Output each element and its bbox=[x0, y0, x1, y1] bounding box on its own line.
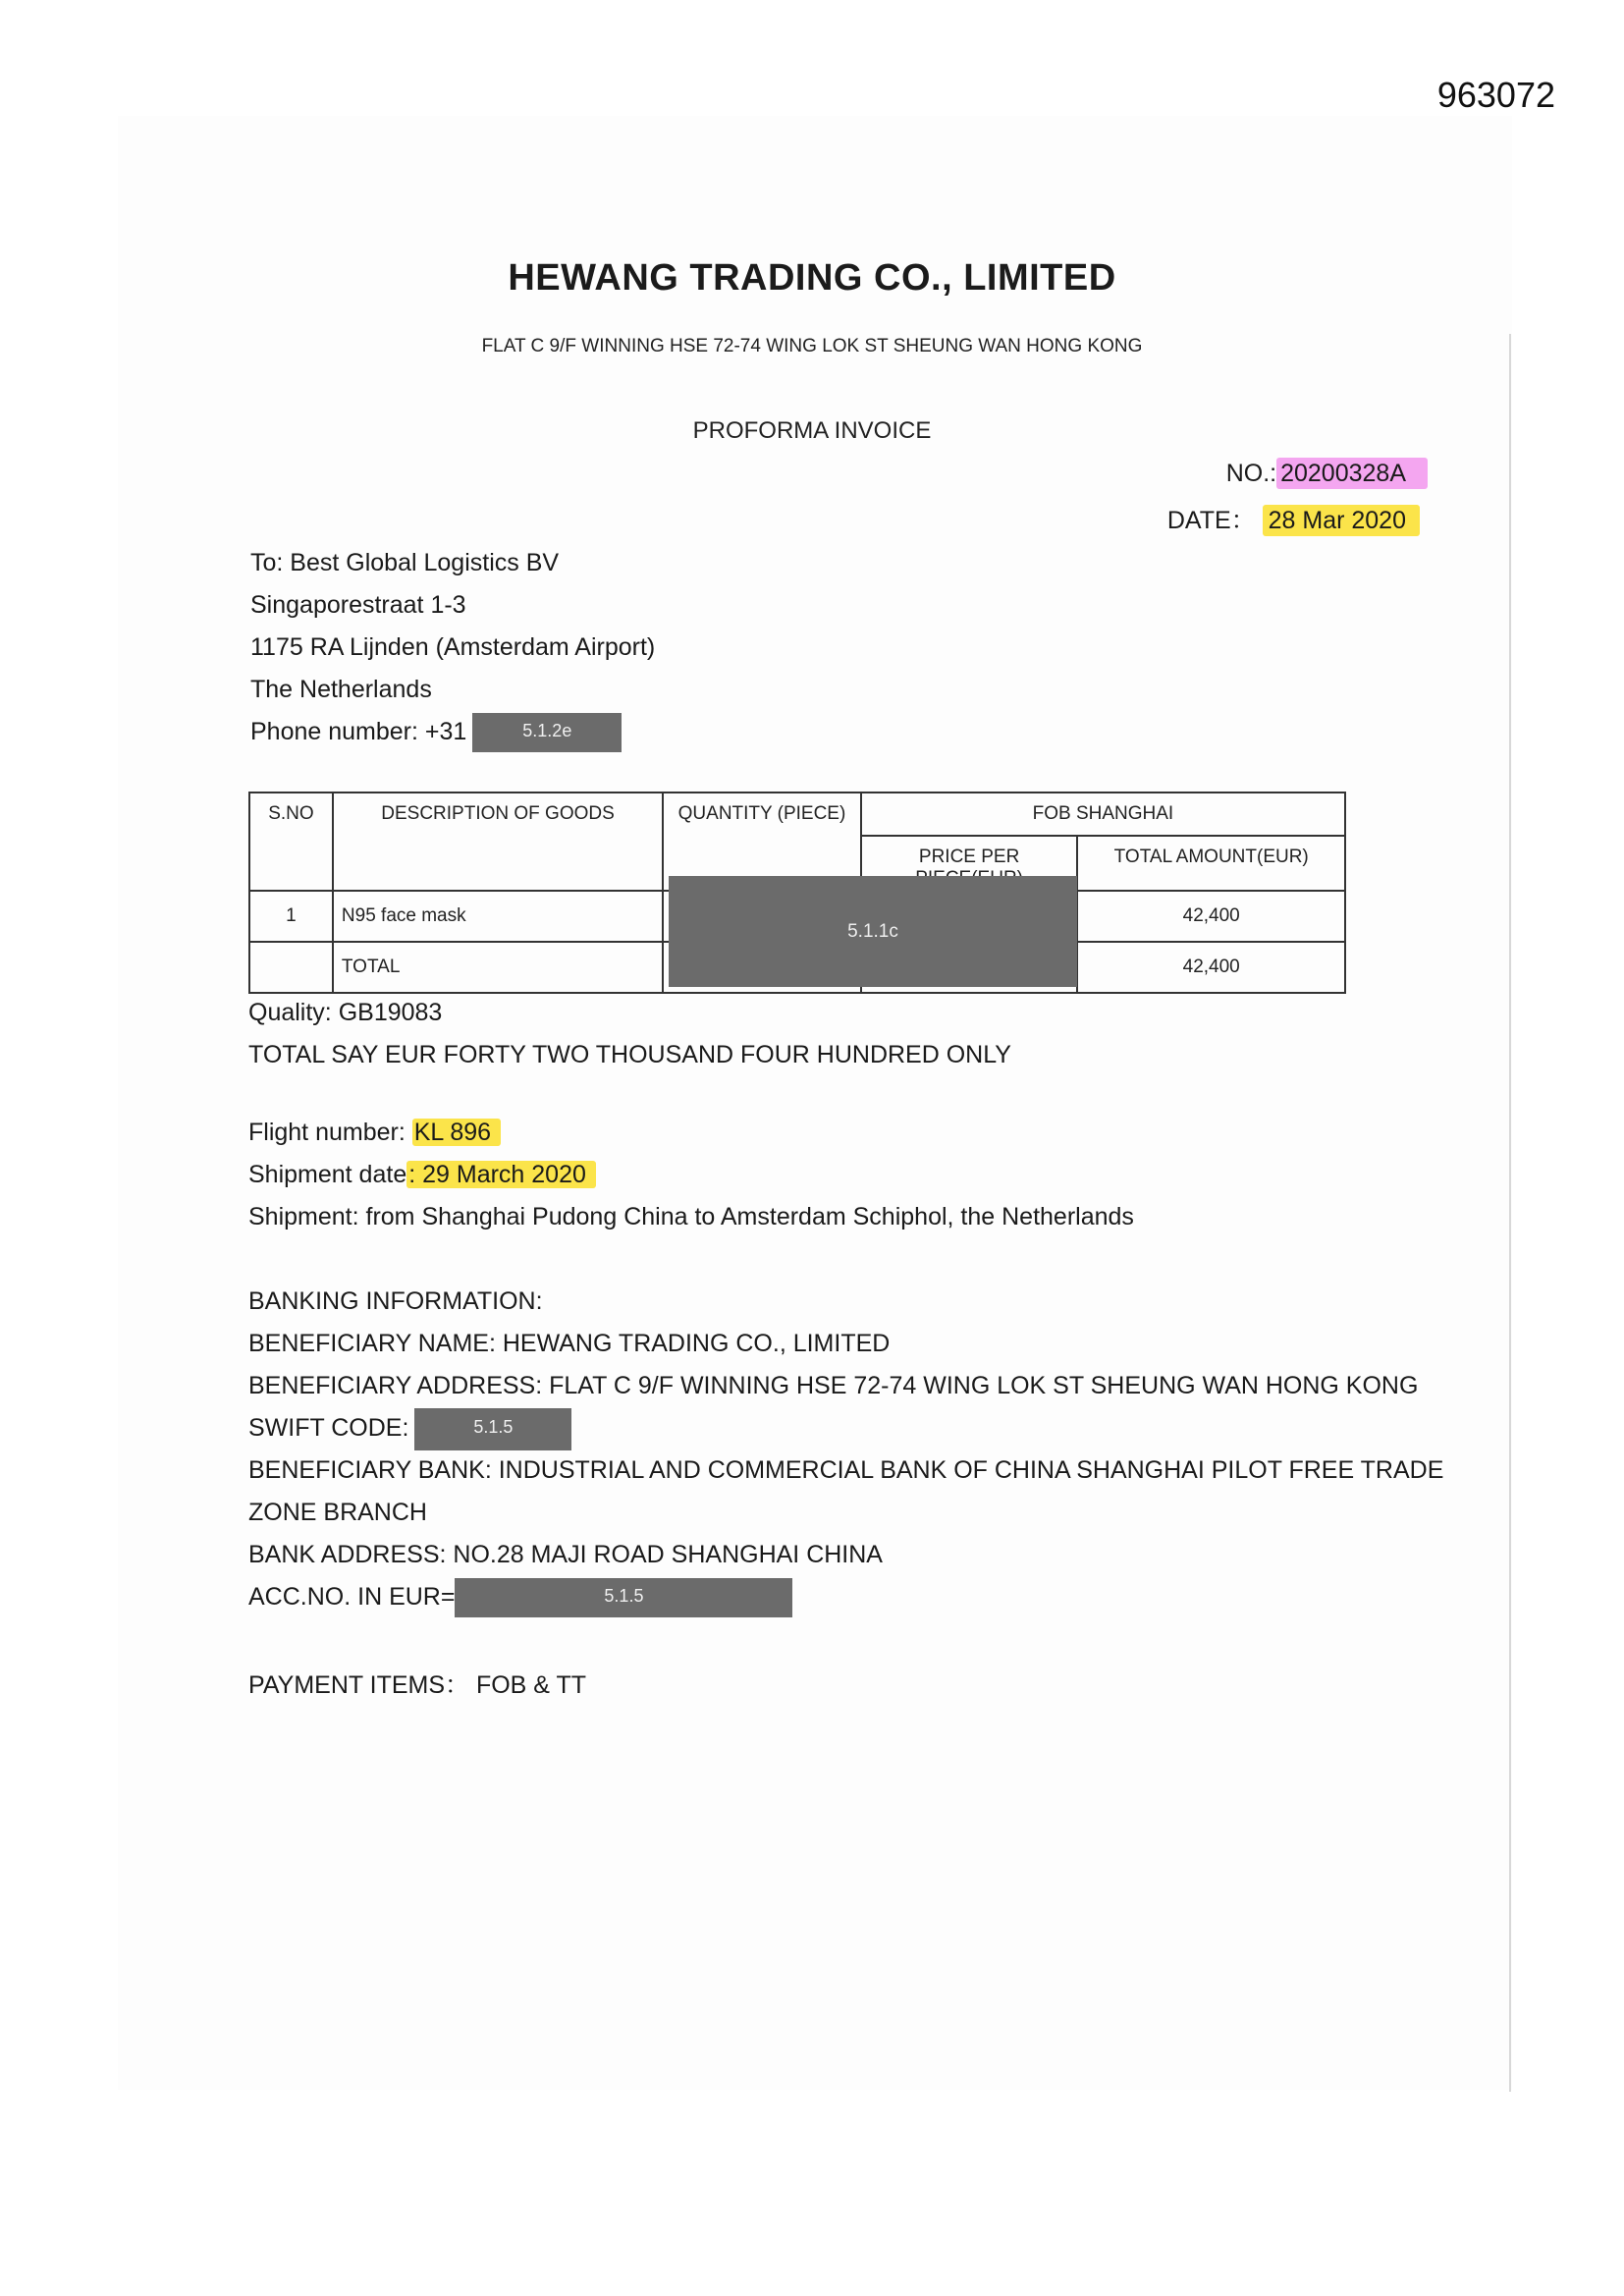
beneficiary-address: BENEFICIARY ADDRESS: FLAT C 9/F WINNING … bbox=[248, 1365, 1443, 1407]
shipment-block: Flight number: KL 896 Shipment date: 29 … bbox=[248, 1112, 1134, 1238]
beneficiary-bank-line2: ZONE BRANCH bbox=[248, 1492, 1443, 1534]
flight-label: Flight number: bbox=[248, 1119, 412, 1146]
account-number: ACC.NO. IN EUR=5.1.5 bbox=[248, 1576, 1443, 1618]
account-redaction: 5.1.5 bbox=[455, 1578, 792, 1617]
invoice-number-label: NO.: bbox=[1226, 460, 1276, 487]
banking-title: BANKING INFORMATION: bbox=[248, 1281, 1443, 1323]
quantity-price-redaction: 5.1.1c bbox=[669, 876, 1077, 987]
shipment-date-value: : 29 March 2020 bbox=[406, 1161, 596, 1188]
document-type-title: PROFORMA INVOICE bbox=[0, 417, 1624, 445]
beneficiary-bank-line1: BENEFICIARY BANK: INDUSTRIAL AND COMMERC… bbox=[248, 1449, 1443, 1492]
total-row-label: TOTAL bbox=[333, 942, 663, 993]
total-row-sno bbox=[249, 942, 333, 993]
invoice-date-label: DATE： bbox=[1167, 507, 1256, 534]
banking-block: BANKING INFORMATION: BENEFICIARY NAME: H… bbox=[248, 1281, 1443, 1618]
shipment-date-label: Shipment date bbox=[248, 1161, 406, 1188]
invoice-number: NO.:20200328A bbox=[1226, 460, 1406, 488]
flight-number: Flight number: KL 896 bbox=[248, 1112, 1134, 1154]
recipient-block: To: Best Global Logistics BV Singaporest… bbox=[250, 542, 655, 753]
company-address: FLAT C 9/F WINNING HSE 72-74 WING LOK ST… bbox=[0, 336, 1624, 357]
total-in-words: TOTAL SAY EUR FORTY TWO THOUSAND FOUR HU… bbox=[248, 1034, 1011, 1076]
swift-code: SWIFT CODE:5.1.5 bbox=[248, 1407, 1443, 1449]
row-description: N95 face mask bbox=[333, 891, 663, 942]
phone-label: Phone number: +31 bbox=[250, 718, 466, 745]
account-label: ACC.NO. IN EUR= bbox=[248, 1583, 455, 1611]
quality-and-total: Quality: GB19083 TOTAL SAY EUR FORTY TWO… bbox=[248, 992, 1011, 1076]
invoice-date-value: 28 Mar 2020 bbox=[1263, 505, 1420, 536]
swift-label: SWIFT CODE: bbox=[248, 1414, 408, 1442]
recipient-city: 1175 RA Lijnden (Amsterdam Airport) bbox=[250, 627, 655, 669]
beneficiary-name: BENEFICIARY NAME: HEWANG TRADING CO., LI… bbox=[248, 1323, 1443, 1365]
header-sno: S.NO bbox=[249, 793, 333, 891]
document-id: 963072 bbox=[1437, 75, 1555, 116]
total-row-amount: 42,400 bbox=[1077, 942, 1345, 993]
payment-terms: PAYMENT ITEMS： FOB & TT bbox=[248, 1666, 586, 1701]
bank-address: BANK ADDRESS: NO.28 MAJI ROAD SHANGHAI C… bbox=[248, 1534, 1443, 1576]
header-total-amount: TOTAL AMOUNT(EUR) bbox=[1077, 836, 1345, 891]
company-name: HEWANG TRADING CO., LIMITED bbox=[0, 257, 1624, 300]
row-total-amount: 42,400 bbox=[1077, 891, 1345, 942]
invoice-number-value: 20200328A bbox=[1276, 458, 1428, 489]
shipment-route: Shipment: from Shanghai Pudong China to … bbox=[248, 1196, 1134, 1238]
flight-value: KL 896 bbox=[412, 1119, 501, 1146]
quality-line: Quality: GB19083 bbox=[248, 992, 1011, 1034]
row-sno: 1 bbox=[249, 891, 333, 942]
scanned-page-background bbox=[118, 116, 1512, 2090]
header-description: DESCRIPTION OF GOODS bbox=[333, 793, 663, 891]
recipient-country: The Netherlands bbox=[250, 669, 655, 711]
header-fob-group: FOB SHANGHAI bbox=[861, 793, 1345, 836]
phone-redaction: 5.1.2e bbox=[472, 713, 622, 752]
recipient-street: Singaporestraat 1-3 bbox=[250, 584, 655, 627]
invoice-date: DATE： 28 Mar 2020 bbox=[1167, 501, 1406, 536]
swift-redaction: 5.1.5 bbox=[414, 1408, 571, 1450]
scan-edge-line bbox=[1509, 334, 1511, 2092]
shipment-date: Shipment date: 29 March 2020 bbox=[248, 1154, 1134, 1196]
recipient-name: To: Best Global Logistics BV bbox=[250, 542, 655, 584]
recipient-phone: Phone number: +315.1.2e bbox=[250, 711, 655, 753]
